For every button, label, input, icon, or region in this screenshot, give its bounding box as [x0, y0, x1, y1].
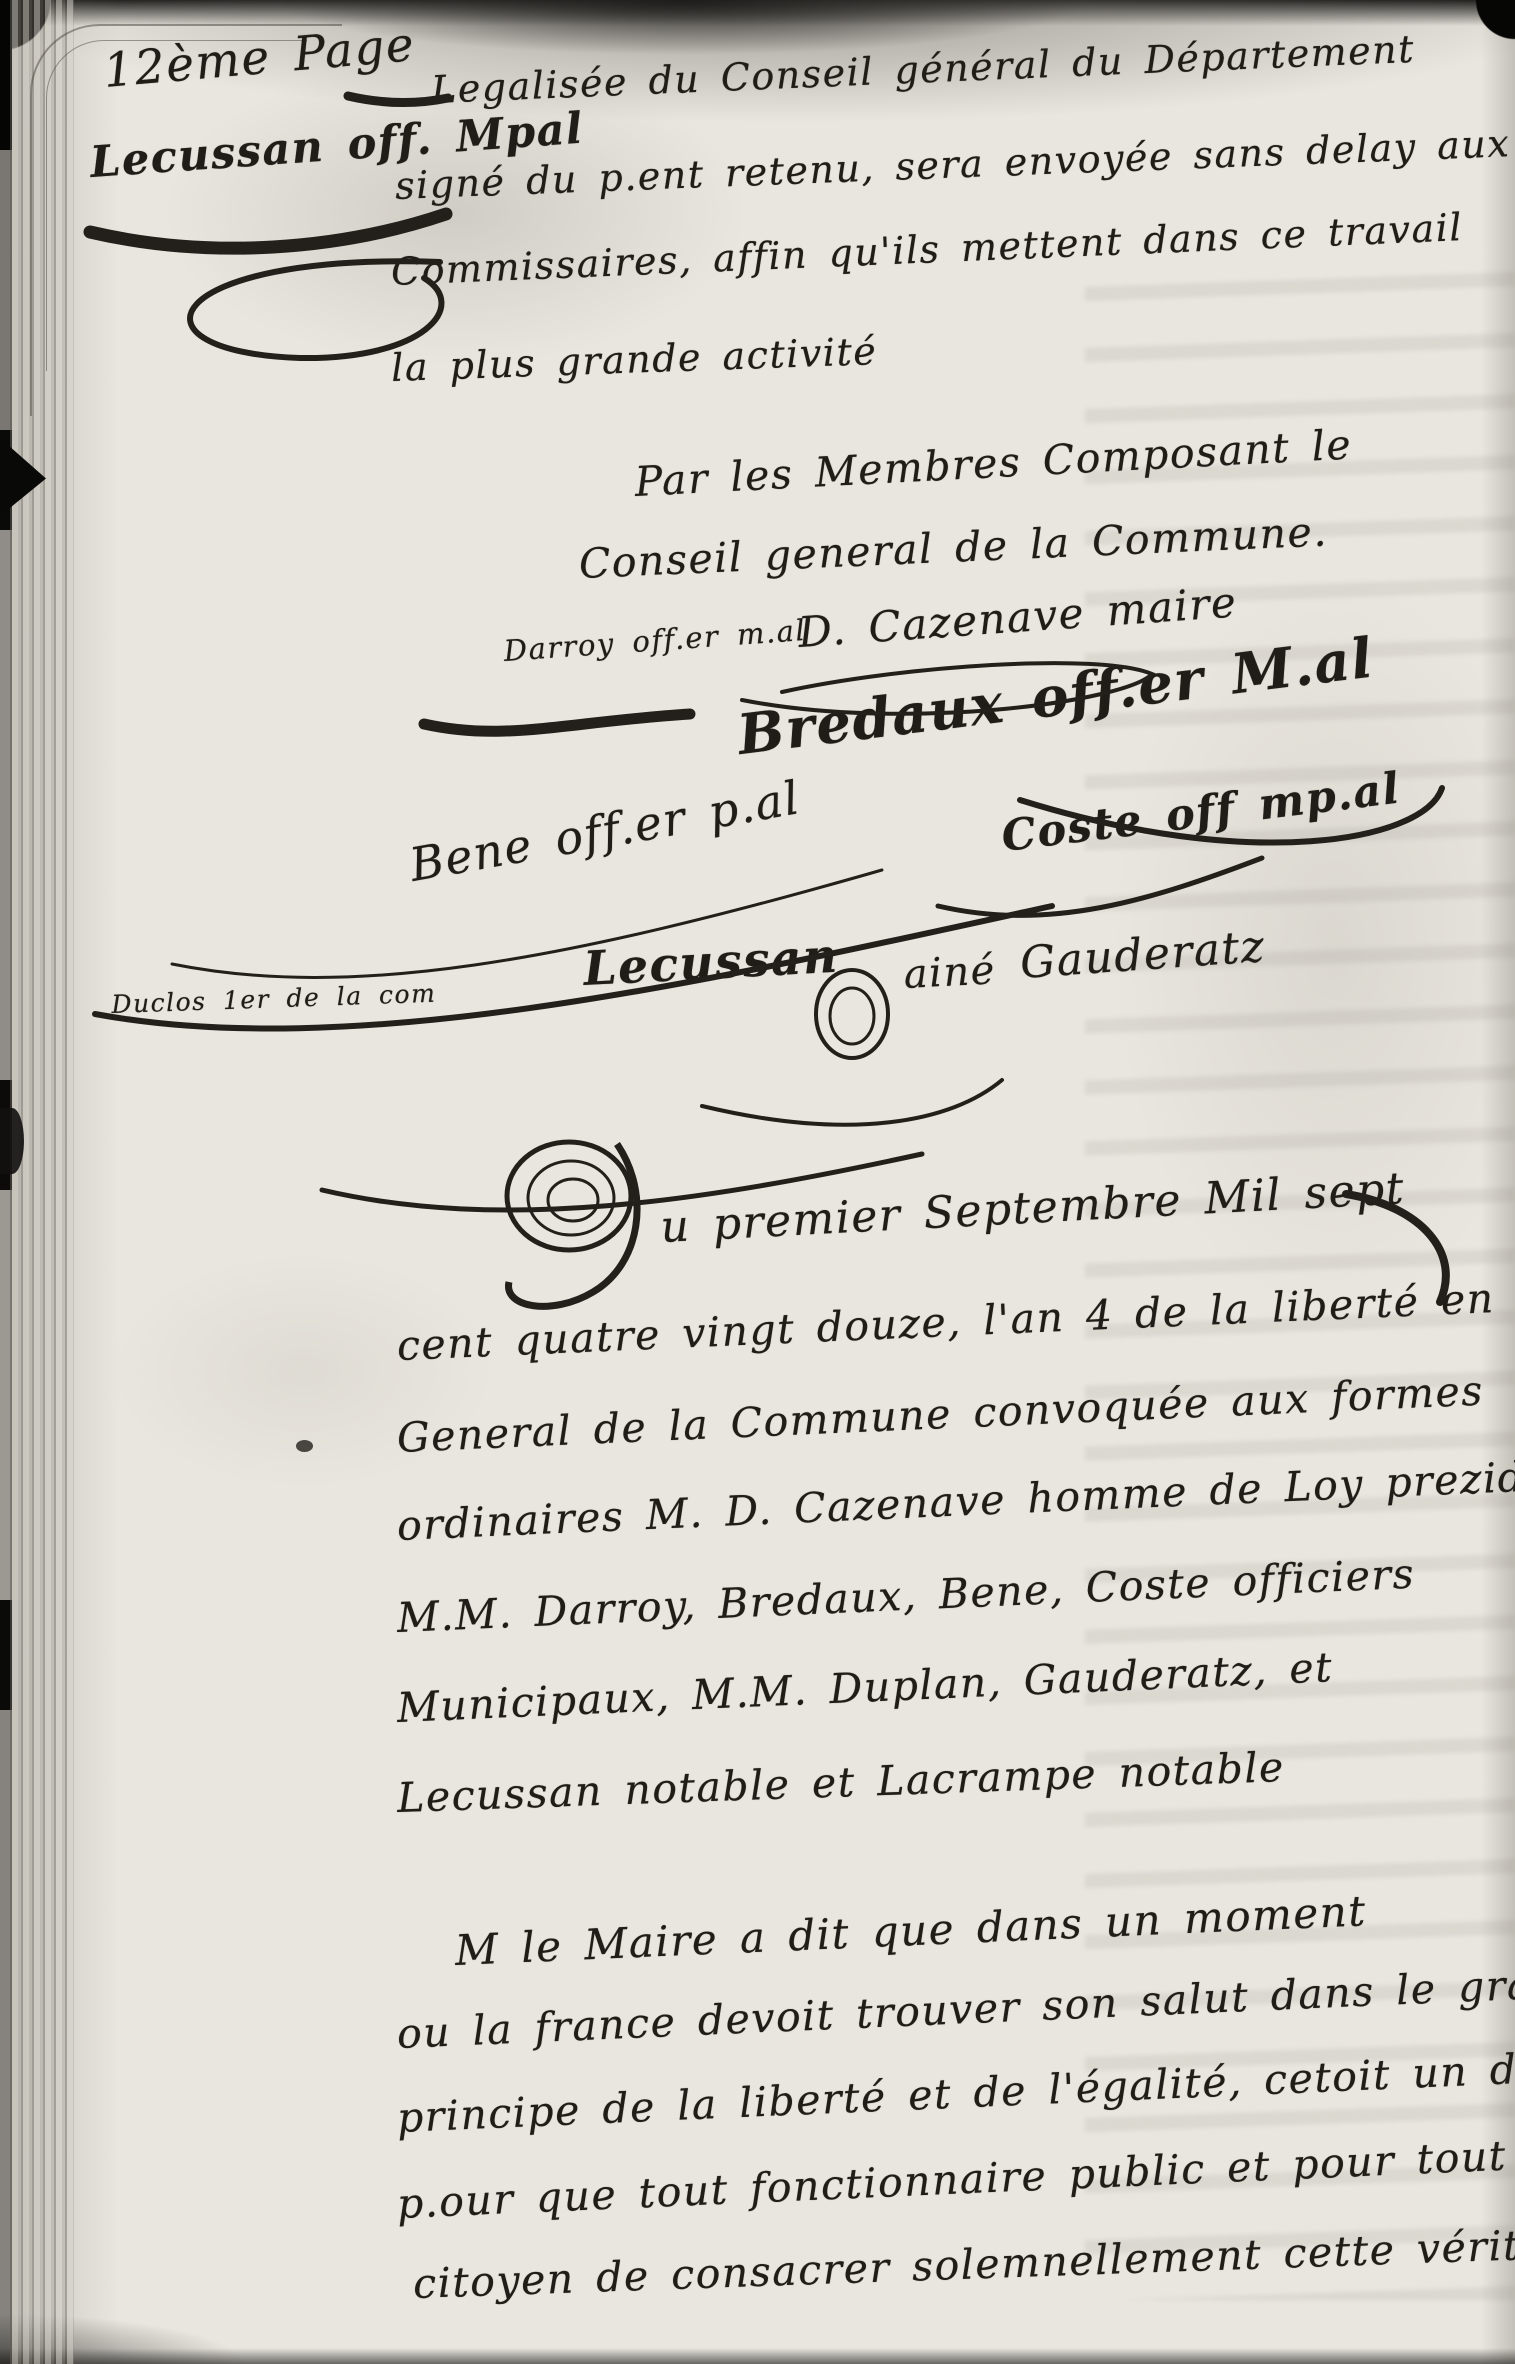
margin-signature-loop: [190, 261, 441, 358]
lecussan-underline: [322, 1154, 922, 1210]
darroy-underline: [424, 714, 690, 731]
bredaux-flourish: [1020, 788, 1442, 843]
manuscript-scan: 12ème Page Lecussan off. Mpal Duclos 1er…: [0, 0, 1515, 2364]
margin-signature-swash: [90, 214, 446, 248]
septembre-flourish: [1346, 1194, 1446, 1302]
lecussan-scribble-inner: [830, 988, 874, 1044]
lecussan-tail: [702, 1080, 1002, 1125]
cazenave-loop: [742, 663, 1152, 714]
bene-underline-long: [95, 906, 1052, 1029]
page-number-dash: [348, 96, 448, 103]
pen-flourishes: [0, 0, 1515, 2364]
coste-leadstroke: [938, 858, 1262, 915]
bene-underline-thin: [172, 870, 882, 977]
